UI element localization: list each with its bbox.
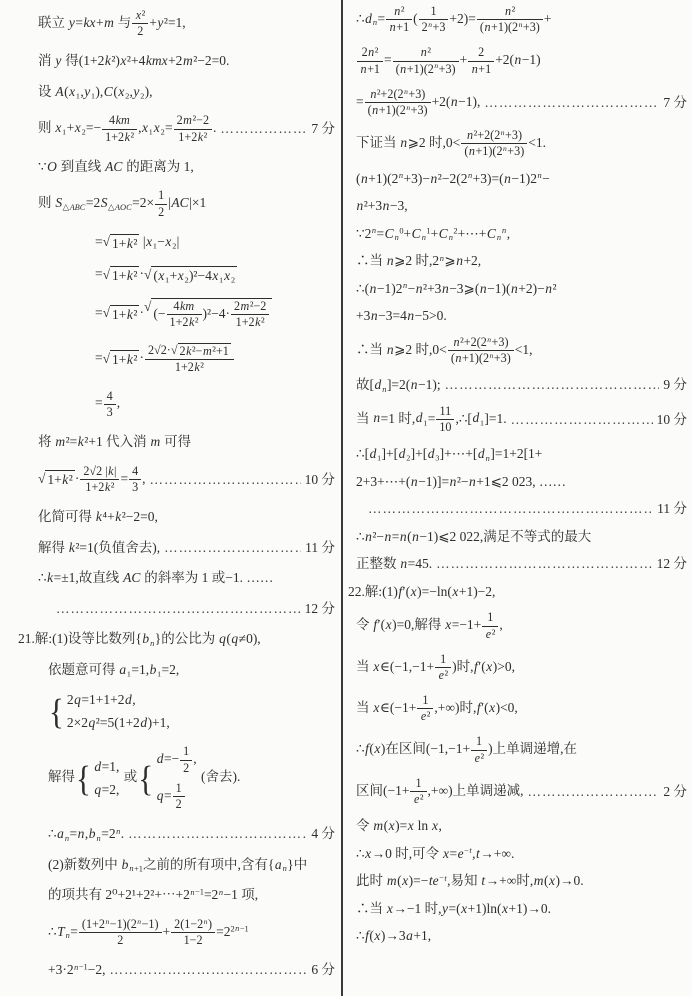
math-content: 将 m²=k²+1 代入消 m 可得	[38, 434, 191, 449]
fraction: n²+2(2n+3)(n+1)(2n+3)	[461, 128, 527, 159]
score-badge: 11 分	[305, 539, 335, 557]
math-line: =√1+k²·√(−4km1+2k²)²−4·2m²−21+2k²	[95, 298, 335, 330]
math-content: ∴f(x)在区间(−1,−1+1e²)上单调递增,在	[356, 741, 577, 756]
math-line: n²+3n−3,	[356, 197, 687, 215]
math-content: n²+3n−3,	[356, 198, 408, 213]
math-content: ∴当 n⩾2 时,2n⩾n+2,	[356, 253, 481, 268]
math-content: ∴当 x→−1 时,y=(x+1)ln(x+1)→0.	[356, 901, 551, 916]
fraction: 1e²	[435, 652, 451, 683]
math-content: 消 y 得(1+2k²)x²+4kmx+2m²−2=0.	[38, 53, 229, 68]
math-line: (2)新数列中 bn+1之前的所有项中,含有{an}中	[48, 856, 335, 874]
math-line: 21.解:(1)设等比数列{bn}的公比为 q(q≠0),	[18, 630, 335, 648]
math-line: 解得{d=1,q=2, 或{d=−12,q=12 (舍去).	[48, 744, 335, 812]
math-line: (n+1)(2n+3)−n²−2(2n+3)=(n−1)2n−	[356, 170, 687, 188]
answer-sheet-page: 联立 y=kx+m 与x²2+y²=1,消 y 得(1+2k²)x²+4kmx+…	[0, 0, 692, 996]
math-content: =n²+2(2n+3)(n+1)(2n+3)+2(n−1),	[356, 87, 480, 118]
math-content: 令 m(x)=x ln x,	[356, 818, 442, 833]
dot-leader: …………………………………………………………………………………………………………	[220, 120, 307, 138]
score-badge: 12 分	[657, 555, 687, 573]
math-line-scored: =n²+2(2n+3)(n+1)(2n+3)+2(n−1),……………………………	[356, 87, 687, 118]
math-content: 2+3+⋯+(n−1)]=n²−n+1⩽2 023, ……	[356, 474, 566, 489]
fraction: 2√2·√2k²−m²+11+2k²	[145, 343, 234, 376]
radical: √2k²−m²+1	[171, 343, 231, 359]
dot-leader: …………………………………………………………………………………………………………	[368, 500, 653, 518]
fraction: 12n+3	[419, 4, 449, 35]
radical: √1+k²	[103, 304, 140, 323]
fraction: 2m²−21+2k²	[231, 299, 269, 330]
math-content: ∴[d₁]+[d₂]+[d₃]+⋯+[dn]=1+2[1+	[356, 446, 542, 461]
math-line: 2+3+⋯+(n−1)]=n²−n+1⩽2 023, ……	[356, 473, 687, 491]
radical: √1+k²	[103, 266, 140, 285]
math-line: =√1+k²·2√2·√2k²−m²+11+2k²	[95, 343, 335, 376]
radical: √1+k²	[38, 470, 75, 489]
math-line: =√1+k²·√(x₁+x₂)²−4x₁x₂	[95, 265, 335, 284]
score-badge: 9 分	[663, 376, 687, 394]
math-line-scored: +3·2n−1−2,…………………………………………………………………………………	[48, 961, 335, 979]
fraction: 4km1+2k²	[102, 113, 137, 144]
math-content: 则 S△ABC=2S△AOC=2×12|AC|×1	[38, 195, 206, 210]
fraction: 1e²	[417, 693, 433, 724]
math-content: ∴k=±1,故直线 AC 的斜率为 1 或−1. ……	[38, 570, 273, 585]
math-content: =√1+k²·√(−4km1+2k²)²−4·2m²−21+2k²	[95, 305, 272, 320]
math-content: 当 x∈(−1+1e²,+∞)时,f′(x)<0,	[356, 700, 518, 715]
dot-leader: …………………………………………………………………………………………………………	[164, 539, 301, 557]
math-content: 联立 y=kx+m 与x²2+y²=1,	[38, 15, 186, 30]
fraction: 1e²	[482, 610, 498, 641]
dot-leader: …………………………………………………………………………………………………………	[436, 555, 653, 573]
math-line: 联立 y=kx+m 与x²2+y²=1,	[38, 8, 335, 39]
math-line: ∴(n−1)2n−n²+3n−3⩾(n−1)(n+2)−n²	[356, 280, 687, 298]
fraction: 12	[155, 188, 167, 219]
math-content: 区间(−1+1e²,+∞)上单调递减,	[356, 776, 524, 807]
math-content: 化简可得 k⁴+k²−2=0,	[38, 509, 158, 524]
dot-leader: …………………………………………………………………………………………………………	[528, 783, 660, 801]
right-column: ∴dn=n²n+1(12n+3+2)=n²(n+1)(2n+3)+2n²n+1=…	[343, 0, 692, 996]
fraction: 43	[129, 464, 141, 495]
dot-leader: …………………………………………………………………………………………………………	[128, 825, 307, 843]
math-line: 则 S△ABC=2S△AOC=2×12|AC|×1	[38, 188, 335, 219]
math-content: +3n−3=4n−5>0.	[356, 308, 447, 323]
fraction: n²(n+1)(2n+3)	[477, 4, 543, 35]
math-content: ∵2n=Cn0+Cn1+Cn2+⋯+Cnn,	[356, 226, 510, 241]
math-content: =√1+k² |x₁−x₂|	[95, 234, 179, 249]
score-badge: 6 分	[311, 961, 335, 979]
math-content: 当 x∈(−1,−1+1e²)时,f′(x)>0,	[356, 659, 515, 674]
math-content: ∴x→0 时,可令 x=e−t,t→+∞.	[356, 846, 514, 861]
fraction: 43	[104, 389, 116, 420]
math-content: ∴an=n,bn=2n.	[48, 825, 124, 843]
dot-leader: …………………………………………………………………………………………………………	[511, 411, 653, 429]
dot-leader: …………………………………………………………………………………………………………	[445, 376, 660, 394]
math-content: =√1+k²·√(x₁+x₂)²−4x₁x₂	[95, 266, 237, 281]
math-line: ∴k=±1,故直线 AC 的斜率为 1 或−1. ……	[38, 569, 335, 587]
score-badge: 12 分	[305, 600, 335, 618]
fraction: 2(1−2n)1−2	[171, 917, 215, 948]
score-badge: 10 分	[305, 471, 335, 489]
math-content: 解得{d=1,q=2, 或{d=−12,q=12 (舍去).	[48, 769, 240, 784]
math-content: {2q=1+1+2d,2×2q²=5(1+2d)+1,	[48, 702, 171, 717]
math-line-scored: ∴an=n,bn=2n.……………………………………………………………………………	[48, 825, 335, 843]
radical: √(−4km1+2k²)²−4·2m²−21+2k²	[144, 298, 272, 330]
fraction: 2√2 |k|1+2k²	[80, 464, 119, 495]
math-line-scored: 故[dn]=2(n−1);…………………………………………………………………………	[356, 376, 687, 394]
score-badge: 7 分	[311, 120, 335, 138]
brace-system: {d=1,q=2,	[76, 758, 119, 798]
dot-leader: …………………………………………………………………………………………………………	[150, 471, 301, 489]
math-content: 下证当 n⩾2 时,0<n²+2(2n+3)(n+1)(2n+3)<1.	[356, 135, 546, 150]
math-line: ∴Tn=(1+2n−1)(2n−1)2+2(1−2n)1−2=22n−1	[48, 917, 335, 948]
math-line-scored: 解得 k²=1(负值舍去),………………………………………………………………………	[38, 539, 335, 557]
math-content: 2n²n+1=n²(n+1)(2n+3)+2n+1+2(n−1)	[356, 52, 541, 67]
math-line: 设 A(x₁,y₁),C(x₂,y₂),	[38, 83, 335, 101]
math-line: ∵O 到直线 AC 的距离为 1,	[38, 158, 335, 176]
math-content: ∴dn=n²n+1(12n+3+2)=n²(n+1)(2n+3)+	[356, 11, 551, 26]
radical: √1+k²	[103, 233, 140, 252]
math-content: 依题意可得 a₁=1,b₁=2,	[48, 662, 179, 677]
math-line-scored: 区间(−1+1e²,+∞)上单调递减,…………………………………………………………	[356, 776, 687, 807]
math-content: 故[dn]=2(n−1);	[356, 376, 441, 394]
math-content: 此时 m(x)=−te−t,易知 t→+∞时,m(x)→0.	[356, 873, 584, 888]
brace-system: {2q=1+1+2d,2×2q²=5(1+2d)+1,	[49, 691, 170, 731]
math-line-scored: ……………………………………………………………………………………………………………	[364, 500, 687, 518]
fraction: n²n+1	[386, 4, 412, 35]
math-content: ∴Tn=(1+2n−1)(2n−1)2+2(1−2n)1−2=22n−1	[48, 924, 249, 939]
math-line: ∵2n=Cn0+Cn1+Cn2+⋯+Cnn,	[356, 225, 687, 243]
math-line-scored: ……………………………………………………………………………………………………………	[52, 600, 335, 618]
math-line: +3n−3=4n−5>0.	[356, 307, 687, 325]
math-line-scored: 则 x₁+x₂=−4km1+2k²,x₁x₂=2m²−21+2k².…………………	[38, 113, 335, 144]
math-content: ∴n²−n=n(n−1)⩽2 022,满足不等式的最大	[356, 529, 591, 544]
math-content: ∵O 到直线 AC 的距离为 1,	[38, 159, 194, 174]
brace-system: {d=−12,q=12	[138, 744, 196, 812]
math-line: =√1+k² |x₁−x₂|	[95, 233, 335, 252]
math-line: 消 y 得(1+2k²)x²+4kmx+2m²−2=0.	[38, 52, 335, 70]
math-line: ∴dn=n²n+1(12n+3+2)=n²(n+1)(2n+3)+	[356, 4, 687, 35]
math-content: (n+1)(2n+3)−n²−2(2n+3)=(n−1)2n−	[356, 171, 550, 186]
fraction: (1+2n−1)(2n−1)2	[79, 917, 162, 948]
dot-leader: …………………………………………………………………………………………………………	[109, 961, 307, 979]
math-line: =43,	[95, 389, 335, 420]
math-content: 则 x₁+x₂=−4km1+2k²,x₁x₂=2m²−21+2k².	[38, 113, 216, 144]
math-line-scored: 当 n=1 时,d₁=1110,∴[d₁]=1.……………………………………………	[356, 404, 687, 435]
fraction: 2m²−21+2k²	[174, 113, 212, 144]
radical: √(x₁+x₂)²−4x₁x₂	[144, 266, 237, 285]
math-line: ∴当 n⩾2 时,2n⩾n+2,	[356, 252, 687, 270]
math-content: 令 f′(x)=0,解得 x=−1+1e²,	[356, 617, 503, 632]
math-line: 的项共有 2⁰+2¹+2²+⋯+2n−1=2n−1 项,	[48, 886, 335, 904]
math-line: ∴当 x→−1 时,y=(x+1)ln(x+1)→0.	[356, 900, 687, 918]
math-line: 22.解:(1)f′(x)=−ln(x+1)−2,	[348, 583, 687, 601]
math-line: 2n²n+1=n²(n+1)(2n+3)+2n+1+2(n−1)	[356, 45, 687, 76]
math-line: 将 m²=k²+1 代入消 m 可得	[38, 433, 335, 451]
fraction: 2n+1	[468, 45, 494, 76]
math-line: {2q=1+1+2d,2×2q²=5(1+2d)+1,	[48, 691, 335, 731]
fraction: n²+2(2n+3)(n+1)(2n+3)	[448, 335, 514, 366]
math-content: 解得 k²=1(负值舍去),	[38, 539, 160, 557]
math-content: 的项共有 2⁰+2¹+2²+⋯+2n−1=2n−1 项,	[48, 887, 258, 902]
radical: √1+k²	[103, 350, 140, 369]
score-badge: 10 分	[657, 411, 687, 429]
math-content: ∴(n−1)2n−n²+3n−3⩾(n−1)(n+2)−n²	[356, 281, 557, 296]
fraction: n²+2(2n+3)(n+1)(2n+3)	[365, 87, 431, 118]
math-content: +3·2n−1−2,	[48, 961, 105, 979]
math-line: 依题意可得 a₁=1,b₁=2,	[48, 661, 335, 679]
math-line: ∴n²−n=n(n−1)⩽2 022,满足不等式的最大	[356, 528, 687, 546]
score-badge: 7 分	[663, 94, 687, 112]
math-content: =43,	[95, 395, 120, 410]
math-line: ∴f(x)在区间(−1,−1+1e²)上单调递增,在	[356, 734, 687, 765]
math-line-scored: √1+k²·2√2 |k|1+2k²=43,…………………………………………………	[38, 464, 335, 495]
math-content: 当 n=1 时,d₁=1110,∴[d₁]=1.	[356, 404, 507, 435]
fraction: x²2	[132, 8, 148, 39]
math-line: ∴当 n⩾2 时,0<n²+2(2n+3)(n+1)(2n+3)<1,	[356, 335, 687, 366]
fraction: 1110	[436, 404, 454, 435]
math-line: 化简可得 k⁴+k²−2=0,	[38, 508, 335, 526]
fraction: 12	[173, 781, 185, 812]
fraction: 2n²n+1	[357, 45, 383, 76]
math-line: ∴[d₁]+[d₂]+[d₃]+⋯+[dn]=1+2[1+	[356, 445, 687, 463]
math-content: 22.解:(1)f′(x)=−ln(x+1)−2,	[348, 584, 495, 599]
math-line: ∴x→0 时,可令 x=e−t,t→+∞.	[356, 845, 687, 863]
dot-leader: …………………………………………………………………………………………………………	[484, 94, 659, 112]
math-content: √1+k²·2√2 |k|1+2k²=43,	[38, 464, 146, 495]
math-content: ∴当 n⩾2 时,0<n²+2(2n+3)(n+1)(2n+3)<1,	[356, 342, 533, 357]
fraction: 1e²	[471, 734, 487, 765]
math-content: =√1+k²·2√2·√2k²−m²+11+2k²	[95, 350, 235, 365]
math-line: 当 x∈(−1,−1+1e²)时,f′(x)>0,	[356, 652, 687, 683]
math-content: 21.解:(1)设等比数列{bn}的公比为 q(q≠0),	[18, 631, 261, 646]
math-line: 下证当 n⩾2 时,0<n²+2(2n+3)(n+1)(2n+3)<1.	[356, 128, 687, 159]
math-line: 当 x∈(−1+1e²,+∞)时,f′(x)<0,	[356, 693, 687, 724]
dot-leader: …………………………………………………………………………………………………………	[56, 600, 301, 618]
fraction: 1e²	[410, 776, 426, 807]
score-badge: 2 分	[663, 783, 687, 801]
math-line: ∴f(x)→3a+1,	[356, 927, 687, 945]
math-content: ∴f(x)→3a+1,	[356, 928, 431, 943]
math-line-scored: 正整数 n=45.……………………………………………………………………………………	[356, 555, 687, 573]
math-line: 此时 m(x)=−te−t,易知 t→+∞时,m(x)→0.	[356, 872, 687, 890]
math-content: (2)新数列中 bn+1之前的所有项中,含有{an}中	[48, 857, 307, 872]
score-badge: 11 分	[657, 500, 687, 518]
score-badge: 4 分	[311, 825, 335, 843]
fraction: 12	[180, 744, 192, 775]
fraction: 4km1+2k²	[167, 299, 202, 330]
math-line: 令 m(x)=x ln x,	[356, 817, 687, 835]
math-content: 设 A(x₁,y₁),C(x₂,y₂),	[38, 84, 152, 99]
math-line: 令 f′(x)=0,解得 x=−1+1e²,	[356, 610, 687, 641]
fraction: n²(n+1)(2n+3)	[393, 45, 459, 76]
left-column: 联立 y=kx+m 与x²2+y²=1,消 y 得(1+2k²)x²+4kmx+…	[0, 0, 341, 996]
math-content: 正整数 n=45.	[356, 555, 432, 573]
